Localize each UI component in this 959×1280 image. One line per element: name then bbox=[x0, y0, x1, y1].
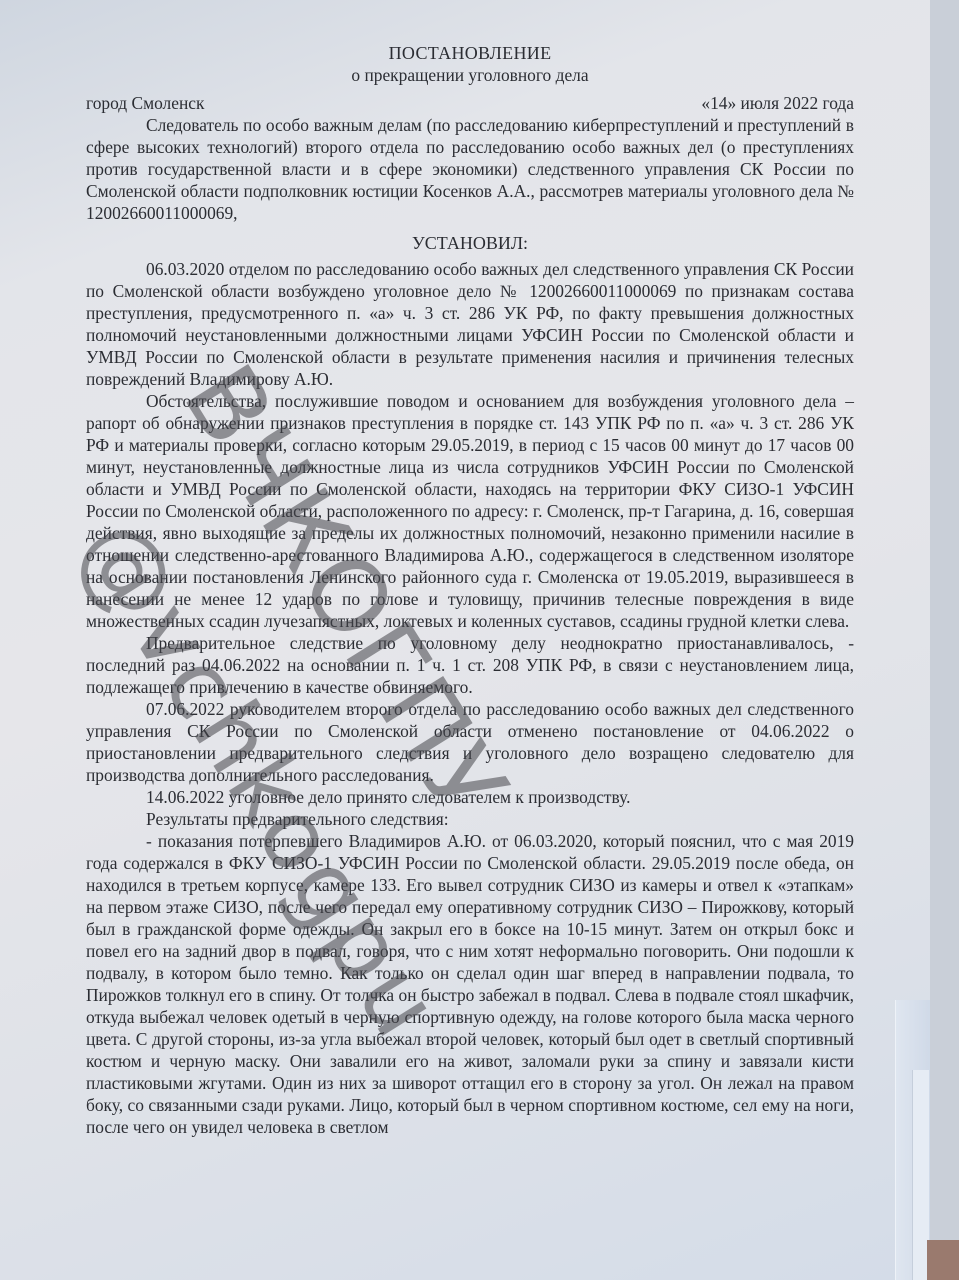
paragraph: Обстоятельства, послужившие поводом и ос… bbox=[86, 390, 854, 632]
paragraph: 07.06.2022 руководителем второго отдела … bbox=[86, 698, 854, 786]
document-date: «14» июля 2022 года bbox=[701, 92, 854, 114]
document-city: город Смоленск bbox=[86, 92, 204, 114]
document-title: ПОСТАНОВЛЕНИЕ bbox=[86, 42, 854, 64]
intro-paragraph: Следователь по особо важным делам (по ра… bbox=[86, 114, 854, 224]
document-page: ПОСТАНОВЛЕНИЕ о прекращении уголовного д… bbox=[0, 0, 930, 1280]
established-heading: УСТАНОВИЛ: bbox=[86, 232, 854, 254]
document-body: ПОСТАНОВЛЕНИЕ о прекращении уголовного д… bbox=[86, 42, 854, 1138]
document-subtitle: о прекращении уголовного дела bbox=[86, 64, 854, 86]
table-surface bbox=[927, 1240, 959, 1280]
place-date-row: город Смоленск «14» июля 2022 года bbox=[86, 92, 854, 114]
paragraph: Результаты предварительного следствия: bbox=[86, 808, 854, 830]
paragraph: 14.06.2022 уголовное дело принято следов… bbox=[86, 786, 854, 808]
paragraph: Предварительное следствие по уголовному … bbox=[86, 632, 854, 698]
paragraph: - показания потерпевшего Владимиров А.Ю.… bbox=[86, 830, 854, 1138]
paragraph: 06.03.2020 отделом по расследованию особ… bbox=[86, 258, 854, 390]
